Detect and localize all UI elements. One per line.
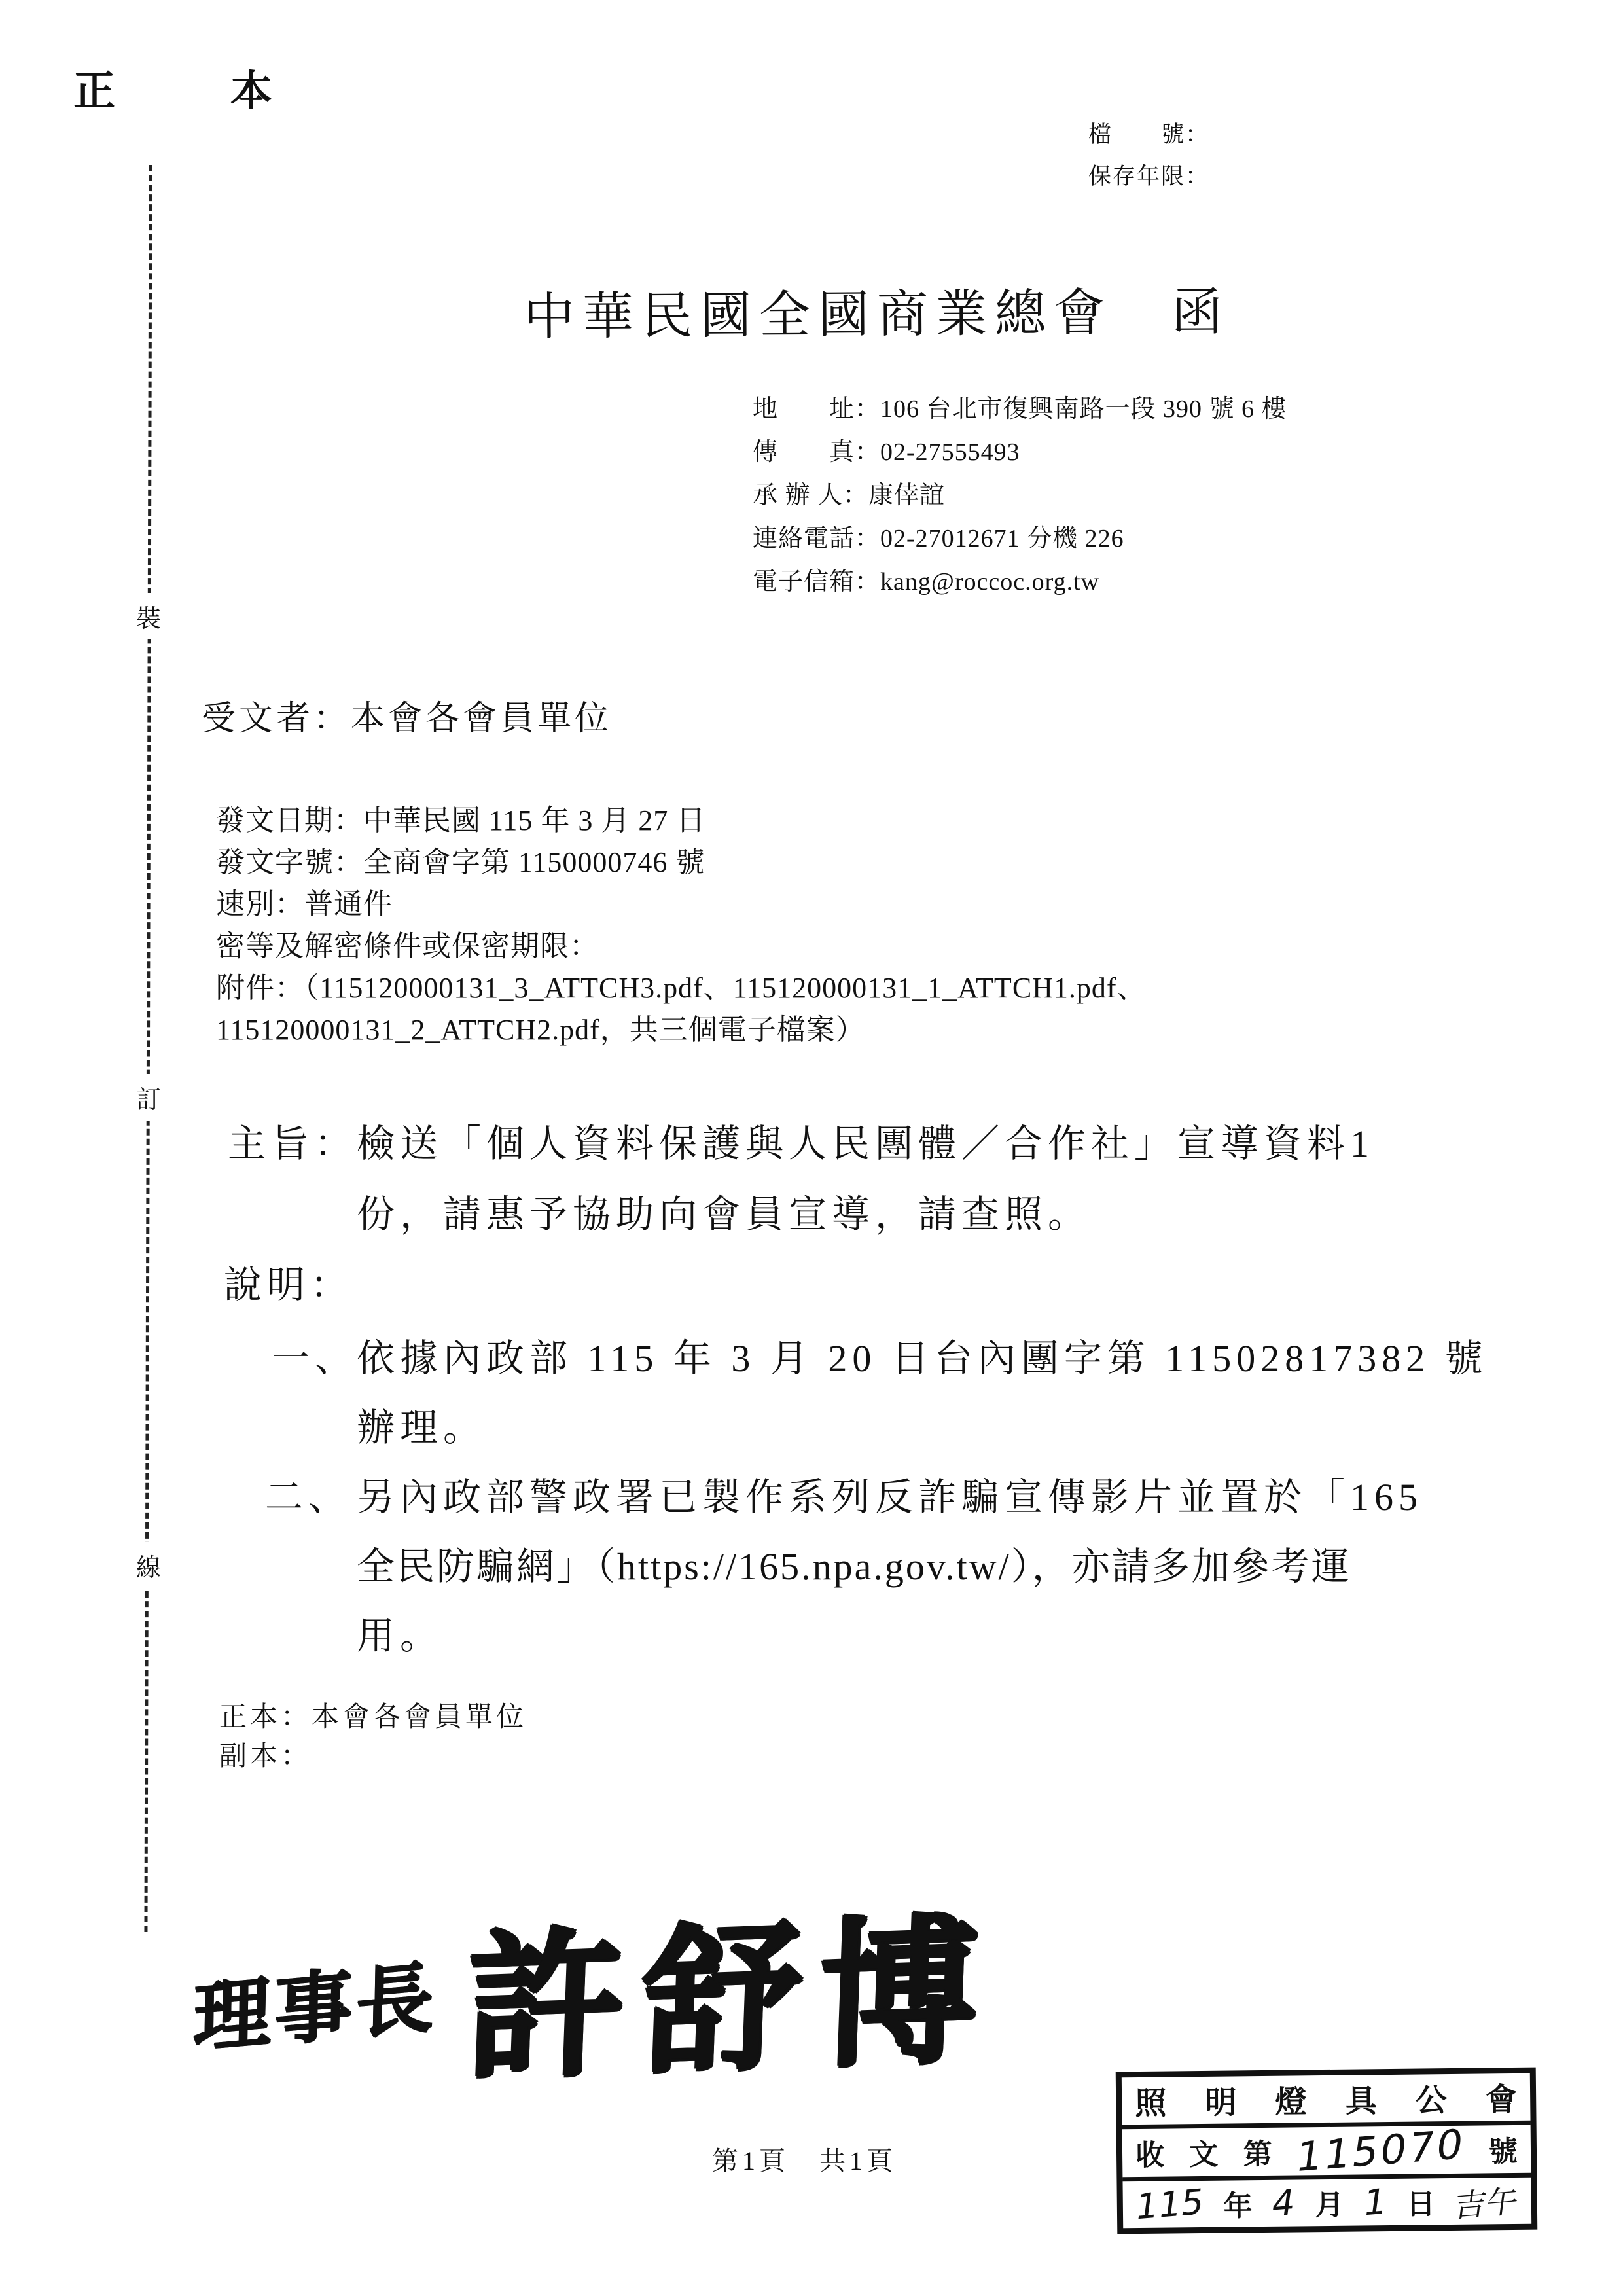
email-label: 電子信箱： xyxy=(753,568,880,596)
attachment-line-1: 附件：（115120000131_3_ATTCH3.pdf、1151200001… xyxy=(216,967,1147,1009)
subject-line-2: 份，請惠予協助向會員宣導，請查照。 xyxy=(357,1183,1091,1238)
stamp-doc-char: 文 xyxy=(1189,2131,1219,2173)
issue-date-line: 發文日期：中華民國 115 年 3 月 27 日 xyxy=(216,800,1147,842)
explanation-item1-number: 一、 xyxy=(272,1327,358,1382)
stamp-year-label: 年 xyxy=(1223,2182,1253,2224)
security-line: 密等及解密條件或保密期限： xyxy=(216,925,1147,967)
email-value: kang@roccoc.org.tw xyxy=(880,568,1099,596)
stamp-org-char: 明 xyxy=(1205,2077,1237,2123)
subject-label: 主旨： xyxy=(228,1113,357,1168)
fax-value: 02-27555493 xyxy=(880,439,1020,466)
margin-label-line: 線 xyxy=(134,1542,164,1588)
stamp-org-char: 照 xyxy=(1135,2078,1167,2123)
explanation-item2-line2: 全民防騙網」（https://165.npa.gov.tw/），亦請多加參考運 xyxy=(357,1535,1351,1590)
stamp-org-row: 照 明 燈 具 公 會 xyxy=(1122,2073,1531,2125)
explanation-item2-line1: 另內政部警政署已製作系列反詐騙宣傳影片並置於「165 xyxy=(357,1466,1423,1521)
org-address-row: 地 址：106 台北市復興南路一段 390 號 6 樓 xyxy=(753,387,1287,431)
stamp-year-handwritten: 115 xyxy=(1133,2181,1207,2227)
binding-dashed-line xyxy=(144,165,152,1932)
priority-line: 速別：普通件 xyxy=(216,884,1147,925)
margin-label-binding: 裝 xyxy=(134,593,164,639)
stamp-day-label: 日 xyxy=(1406,2181,1436,2223)
recipient-line: 受文者：本會各會員單位 xyxy=(202,691,612,740)
cc-copy-line: 副本： xyxy=(219,1734,312,1774)
fax-label: 傳 真： xyxy=(753,439,880,466)
org-email-row: 電子信箱：kang@roccoc.org.tw xyxy=(753,560,1287,603)
org-contact-person-row: 承 辦 人：康倖誼 xyxy=(753,474,1287,517)
contact-person-value: 康倖誼 xyxy=(868,482,945,509)
stamp-no-suffix: 號 xyxy=(1489,2128,1518,2170)
signature-block: 理事長 許舒博 xyxy=(189,1863,999,2119)
received-stamp: 照 明 燈 具 公 會 收 文 第 115070 號 115 年 4 月 1 日… xyxy=(1116,2068,1538,2234)
stamp-org-char: 會 xyxy=(1486,2074,1518,2119)
explanation-item2-number: 二、 xyxy=(265,1466,351,1521)
scanned-official-letter: 裝 訂 線 正 本 檔 號： 保存年限： 中華民國全國商業總會 函 地 址：10… xyxy=(0,0,1623,2296)
page-number-footer: 第1頁 共1頁 xyxy=(712,2140,897,2178)
stamp-receive-char: 收 xyxy=(1135,2132,1165,2174)
stamp-receipt-number-row: 收 文 第 115070 號 xyxy=(1122,2120,1531,2177)
stamp-month-handwritten: 4 xyxy=(1270,2181,1298,2225)
stamp-receipt-number-handwritten: 115070 xyxy=(1293,2119,1468,2180)
document-title: 中華民國全國商業總會 函 xyxy=(524,271,1231,350)
stamp-org-char: 公 xyxy=(1416,2075,1448,2120)
copy-type-label: 正 本 xyxy=(73,58,309,118)
chairman-name-signature: 許舒博 xyxy=(462,1863,1000,2109)
meta-block: 發文日期：中華民國 115 年 3 月 27 日 發文字號：全商會字第 1150… xyxy=(216,800,1147,1051)
original-copy-line: 正本：本會各會員單位 xyxy=(219,1695,527,1734)
file-number-label: 檔 號： xyxy=(1088,117,1209,149)
stamp-date-row: 115 年 4 月 1 日 吉午 xyxy=(1122,2172,1531,2228)
chairman-title: 理事長 xyxy=(192,1935,438,2067)
stamp-org-char: 燈 xyxy=(1275,2077,1307,2122)
explanation-item1-line2: 辦理。 xyxy=(357,1397,486,1452)
retention-period-label: 保存年限： xyxy=(1088,158,1209,191)
org-fax-row: 傳 真：02-27555493 xyxy=(753,431,1287,474)
attachment-line-2: 115120000131_2_ATTCH2.pdf，共三個電子檔案） xyxy=(216,1009,1147,1051)
stamp-no-prefix: 第 xyxy=(1243,2130,1272,2172)
stamp-time-handwritten: 吉午 xyxy=(1452,2176,1522,2226)
issue-number-line: 發文字號：全商會字第 1150000746 號 xyxy=(216,842,1147,884)
org-contact-block: 地 址：106 台北市復興南路一段 390 號 6 樓 傳 真：02-27555… xyxy=(753,387,1287,603)
explanation-item1-line1: 依據內政部 115 年 3 月 20 日台內團字第 11502817382 號 xyxy=(357,1327,1488,1382)
stamp-day-handwritten: 1 xyxy=(1361,2181,1389,2224)
subject-line-1: 檢送「個人資料保護與人民團體／合作社」宣導資料1 xyxy=(357,1113,1374,1168)
address-label: 地 址： xyxy=(753,395,880,423)
stamp-month-label: 月 xyxy=(1315,2181,1344,2223)
explanation-item2-line3: 用。 xyxy=(357,1605,443,1660)
org-phone-row: 連絡電話：02-27012671 分機 226 xyxy=(753,517,1287,560)
explanation-label: 說明： xyxy=(224,1254,353,1309)
contact-person-label: 承 辦 人： xyxy=(753,482,868,509)
address-value: 106 台北市復興南路一段 390 號 6 樓 xyxy=(880,395,1287,423)
phone-label: 連絡電話： xyxy=(753,525,880,552)
phone-value: 02-27012671 分機 226 xyxy=(880,525,1124,552)
margin-label-staple: 訂 xyxy=(134,1074,164,1121)
stamp-org-char: 具 xyxy=(1345,2075,1377,2121)
